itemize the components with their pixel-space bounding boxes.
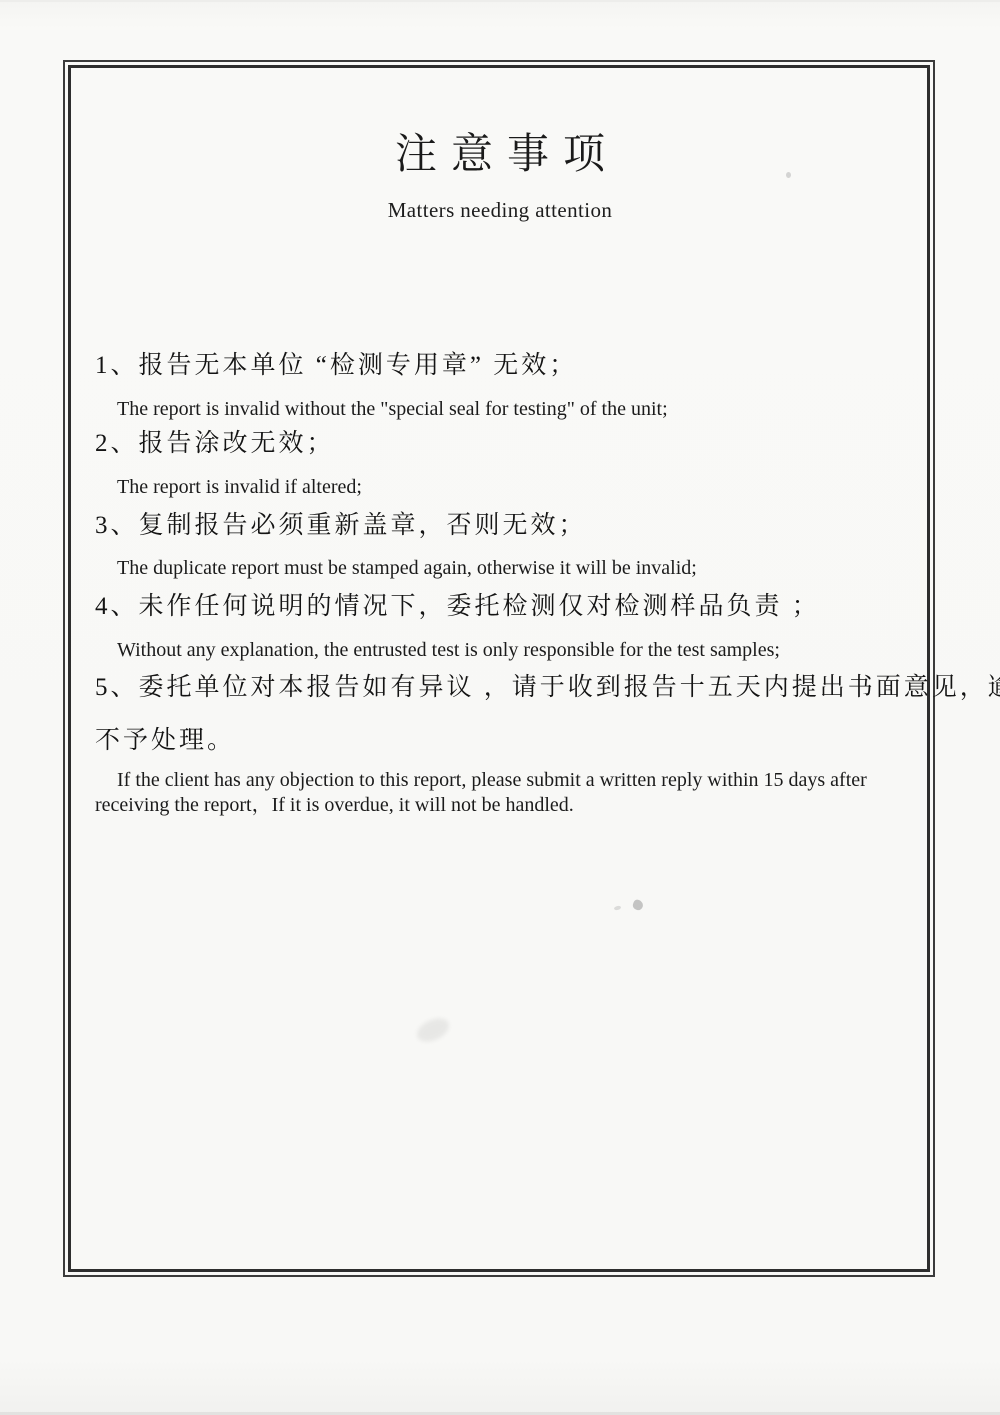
- note-5-en-line2: receiving the report，If it is overdue, i…: [95, 793, 574, 817]
- document-title-en: Matters needing attention: [0, 198, 1000, 223]
- note-2-en: The report is invalid if altered;: [117, 475, 362, 499]
- document-title-cn: 注意事项: [0, 130, 1000, 180]
- scanned-document-page: 注意事项 Matters needing attention 1、报告无本单位 …: [0, 0, 1000, 1415]
- note-3-en: The duplicate report must be stamped aga…: [117, 556, 697, 580]
- document-border-frame-inner: [68, 65, 930, 1272]
- note-3-cn: 3、复制报告必须重新盖章，否则无效；: [95, 512, 587, 541]
- note-5-en-line1: If the client has any objection to this …: [117, 768, 867, 792]
- document-border-frame: [63, 60, 935, 1277]
- note-5-cn-line1: 5、委托单位对本报告如有异议 ，请于收到报告十五天内提出书面意见，逾期: [95, 674, 1000, 703]
- scan-edge-top: [0, 0, 1000, 2]
- note-1-en: The report is invalid without the "speci…: [117, 397, 668, 421]
- note-4-cn: 4、未作任何说明的情况下，委托检测仅对检测样品负责 ；: [95, 593, 820, 622]
- note-2-cn: 2、报告涂改无效；: [95, 430, 335, 459]
- scan-noise-mark: [786, 172, 791, 178]
- note-5-cn-line2: 不予处理。: [95, 727, 235, 756]
- note-4-en: Without any explanation, the entrusted t…: [117, 638, 780, 662]
- note-1-cn: 1、报告无本单位 “检测专用章” 无效；: [95, 352, 577, 381]
